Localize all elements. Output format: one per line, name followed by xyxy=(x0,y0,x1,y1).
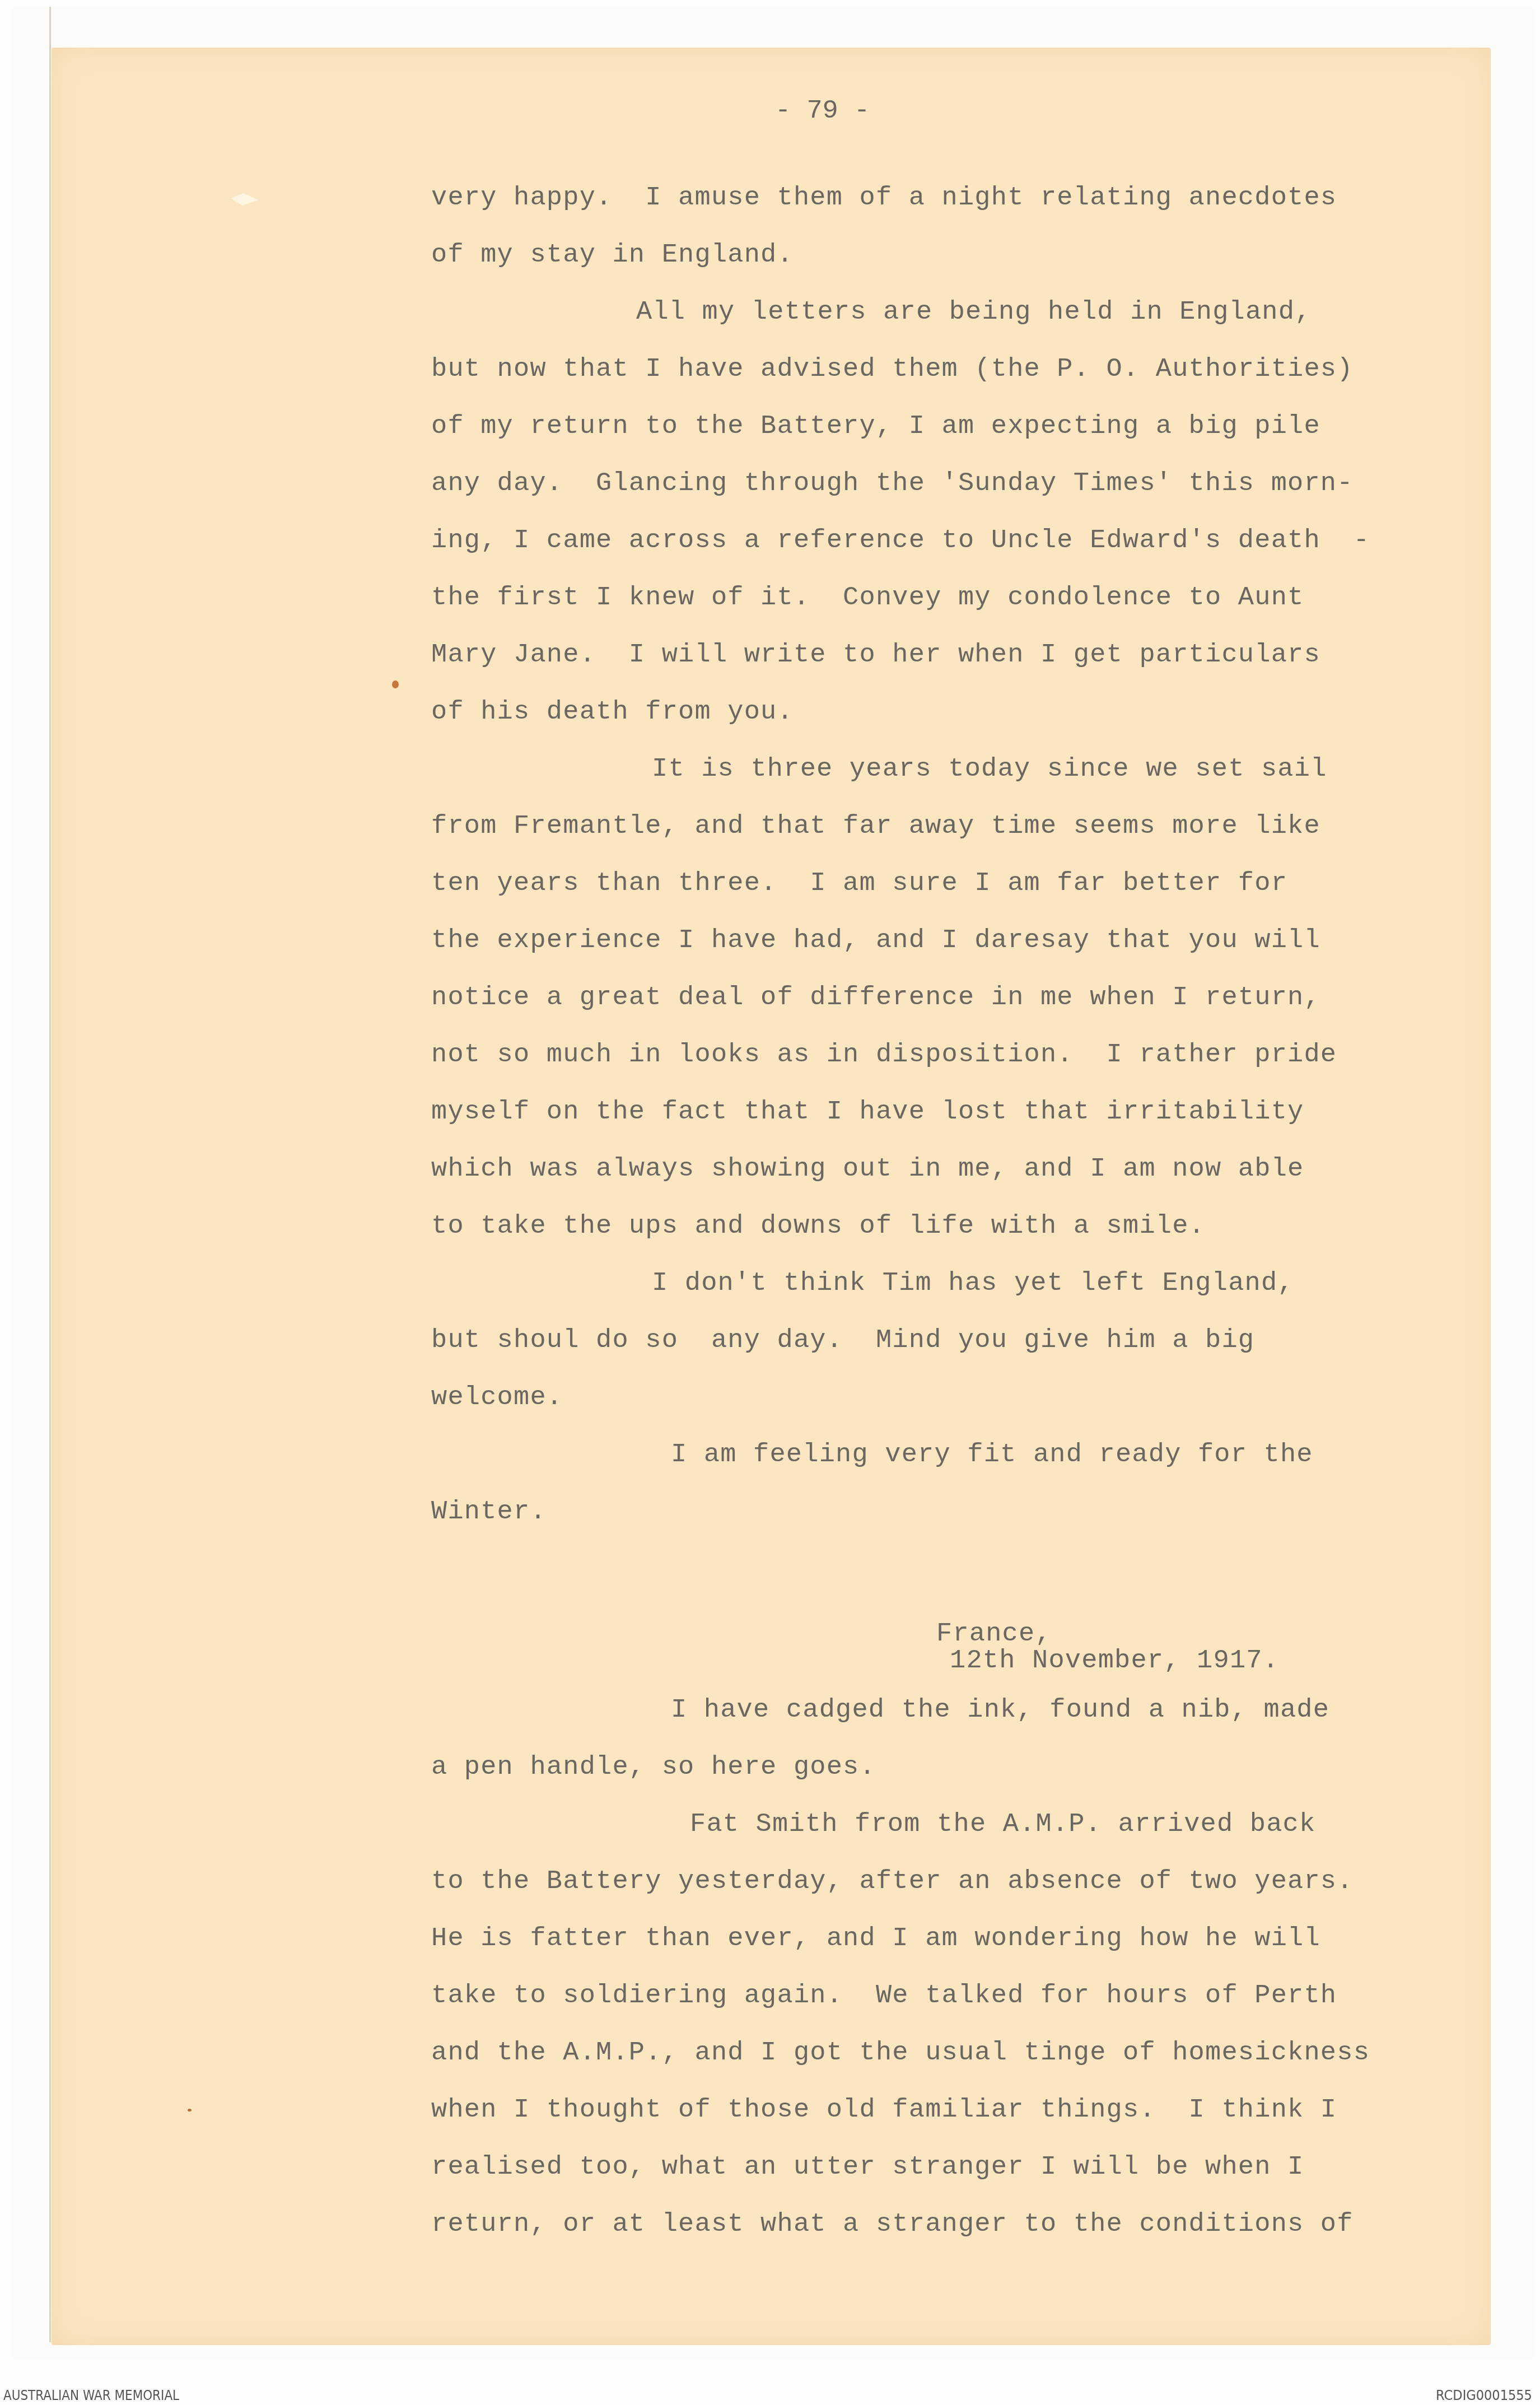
text-line: not so much in looks as in disposition. … xyxy=(431,1042,1337,1068)
text-line: which was always showing out in me, and … xyxy=(431,1156,1304,1182)
text-line: I don't think Tim has yet left England, xyxy=(652,1270,1294,1297)
ink-speck xyxy=(188,2109,192,2112)
text-line: to take the ups and downs of life with a… xyxy=(431,1213,1205,1239)
text-line: Winter. xyxy=(431,1499,547,1525)
text-line: Mary Jane. I will write to her when I ge… xyxy=(431,642,1320,668)
dateline-date: 12th November, 1917. xyxy=(950,1648,1279,1674)
text-line: I have cadged the ink, found a nib, made xyxy=(671,1697,1329,1723)
text-line: myself on the fact that I have lost that… xyxy=(431,1099,1304,1125)
dateline-place: France, xyxy=(936,1621,1052,1647)
text-line: to the Battery yesterday, after an absen… xyxy=(431,1868,1354,1895)
text-line: He is fatter than ever, and I am wonderi… xyxy=(431,1926,1320,1952)
text-line: of my stay in England. xyxy=(431,242,794,268)
text-line: from Fremantle, and that far away time s… xyxy=(431,813,1320,840)
text-line: Fat Smith from the A.M.P. arrived back xyxy=(690,1811,1315,1838)
text-line: the experience I have had, and I daresay… xyxy=(431,927,1320,954)
paper-tear xyxy=(231,193,259,206)
text-line: when I thought of those old familiar thi… xyxy=(431,2097,1337,2123)
text-line: the first I knew of it. Convey my condol… xyxy=(431,585,1304,611)
text-line: welcome. xyxy=(431,1385,563,1411)
text-line: a pen handle, so here goes. xyxy=(431,1754,876,1781)
record-id: RCDIG0001555 xyxy=(1436,2387,1532,2403)
text-line: realised too, what an utter stranger I w… xyxy=(431,2154,1304,2180)
text-line: return, or at least what a stranger to t… xyxy=(431,2211,1354,2238)
rust-stain xyxy=(392,681,399,688)
text-line: I am feeling very fit and ready for the xyxy=(671,1442,1313,1468)
text-line: any day. Glancing through the 'Sunday Ti… xyxy=(431,470,1354,497)
text-line: very happy. I amuse them of a night rela… xyxy=(431,185,1337,211)
text-line: All my letters are being held in England… xyxy=(636,299,1312,325)
text-line: of my return to the Battery, I am expect… xyxy=(431,413,1320,440)
text-line: notice a great deal of difference in me … xyxy=(431,985,1320,1011)
text-line: but now that I have advised them (the P.… xyxy=(431,356,1354,383)
text-line: of his death from you. xyxy=(431,699,794,725)
text-line: It is three years today since we set sai… xyxy=(652,756,1327,782)
scan-edge xyxy=(49,7,51,2342)
text-line: ten years than three. I am sure I am far… xyxy=(431,870,1287,897)
text-line: ing, I came across a reference to Uncle … xyxy=(431,528,1370,554)
text-line: take to soldiering again. We talked for … xyxy=(431,1983,1337,2009)
page-number: - 79 - xyxy=(775,96,870,126)
institution-label: AUSTRALIAN WAR MEMORIAL xyxy=(3,2387,179,2403)
text-line: but shoul do so any day. Mind you give h… xyxy=(431,1327,1254,1354)
text-line: and the A.M.P., and I got the usual ting… xyxy=(431,2040,1370,2066)
